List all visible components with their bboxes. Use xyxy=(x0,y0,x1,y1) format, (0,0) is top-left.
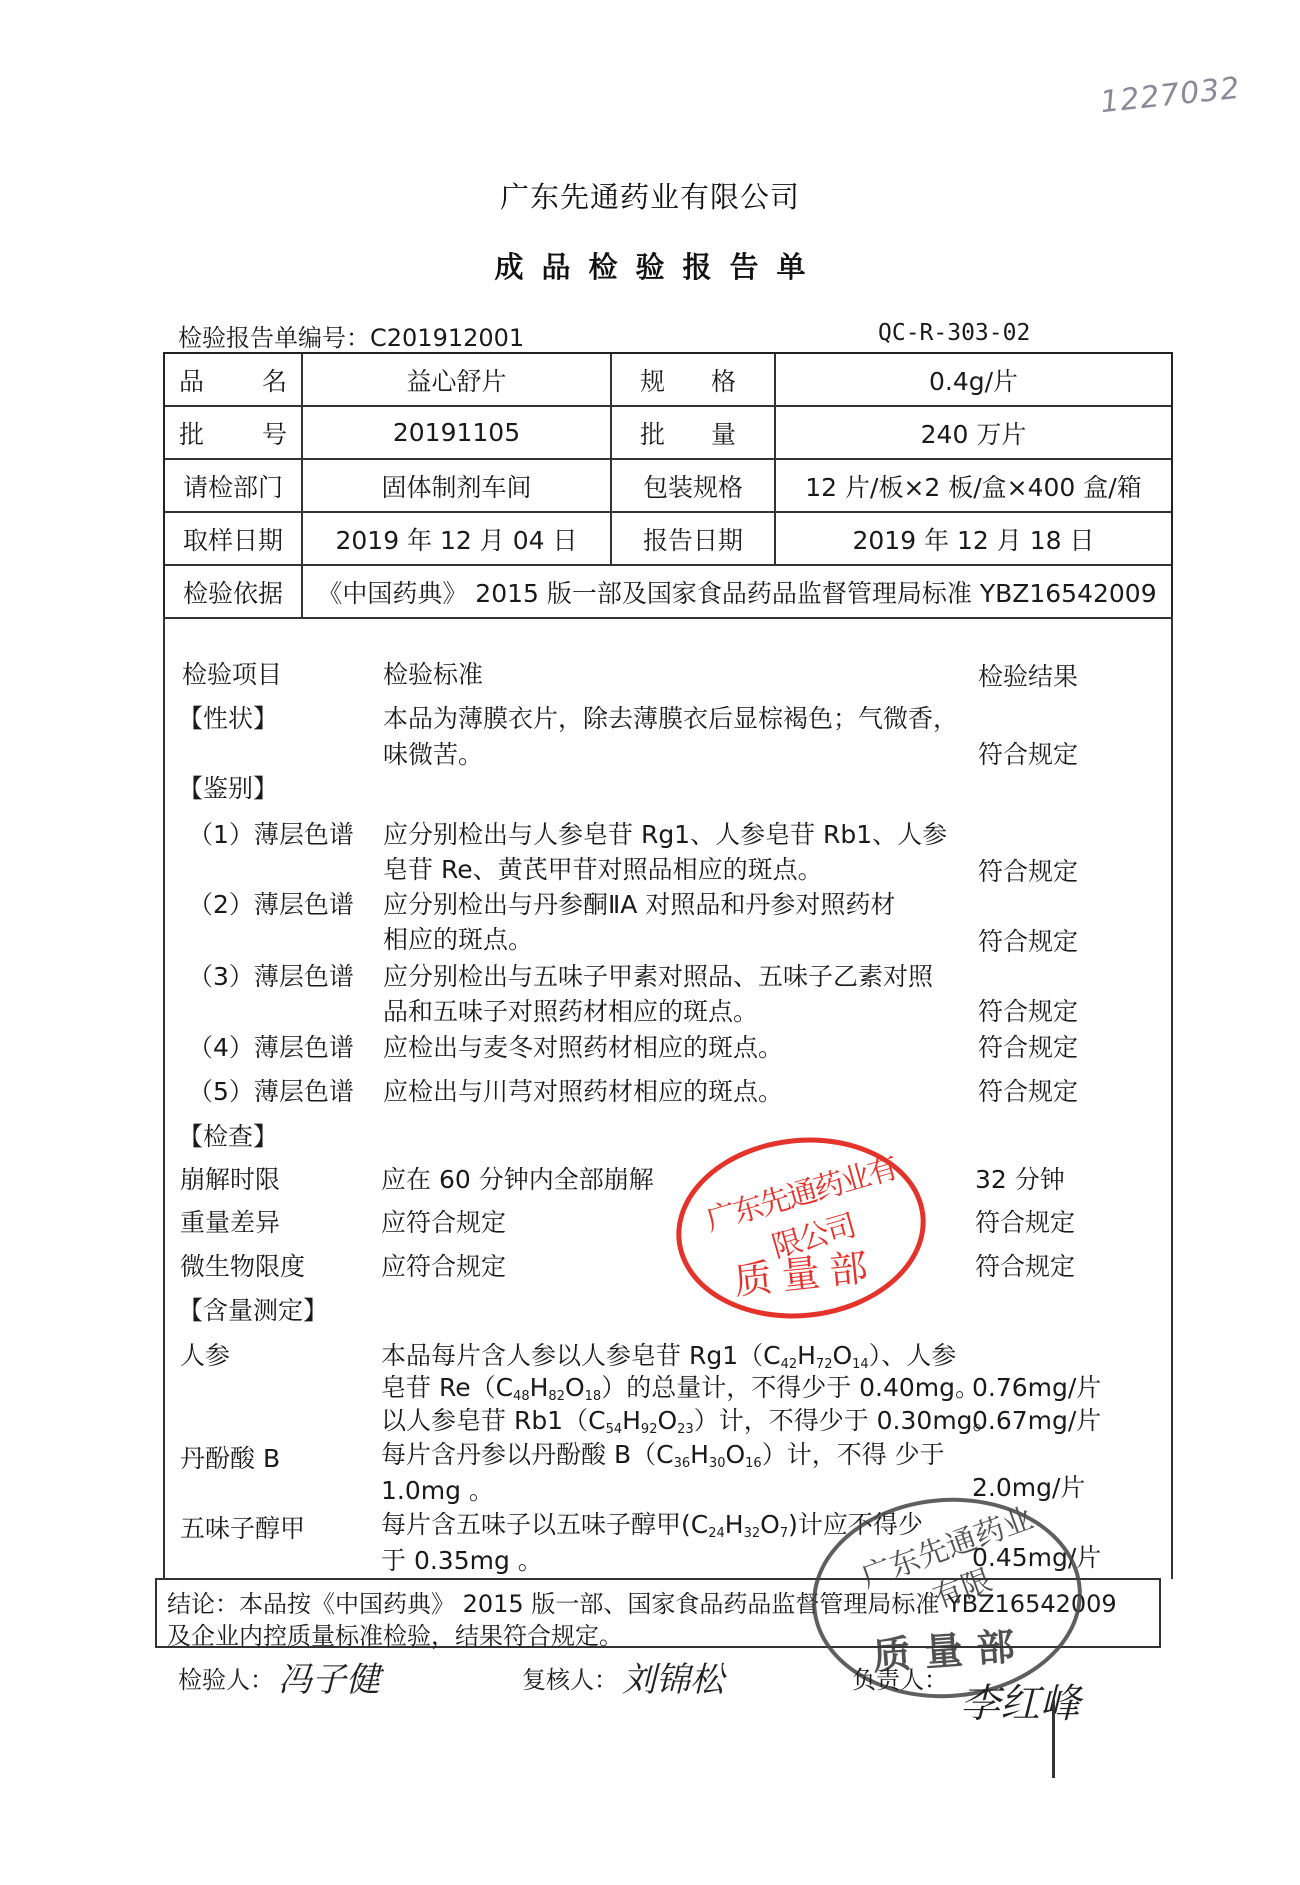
info-row-batch: 批号 20191105 批量 240 万片 xyxy=(165,407,1171,460)
supervisor-label: 负责人： xyxy=(852,1660,948,1695)
ident-4-standard: 应检出与麦冬对照药材相应的斑点。 xyxy=(383,1033,783,1063)
info-table: 品名 益心舒片 规格 0.4g/片 批号 20191105 批量 240 万片 … xyxy=(163,352,1173,619)
ident-5-name: （5）薄层色谱 xyxy=(188,1077,354,1107)
info-row-product: 品名 益心舒片 规格 0.4g/片 xyxy=(165,354,1171,407)
section-assay: 【含量测定】 xyxy=(178,1296,328,1326)
inspect-2-result: 符合规定 xyxy=(975,1208,1075,1238)
assay-schisandrin-standard-2: 于 0.35mg 。 xyxy=(381,1546,543,1576)
inspect-3-standard: 应符合规定 xyxy=(381,1252,506,1282)
basis-label: 检验依据 xyxy=(165,566,303,617)
assay-ginseng-result-1: 0.76mg/片 xyxy=(972,1373,1101,1403)
signature-stroke xyxy=(1052,1700,1055,1778)
inspect-3-name: 微生物限度 xyxy=(180,1252,305,1282)
assay-ginseng-name: 人参 xyxy=(180,1341,230,1371)
reviewer-label: 复核人： xyxy=(522,1660,618,1695)
batch-no-label: 批号 xyxy=(165,407,303,458)
inspect-1-result: 32 分钟 xyxy=(975,1165,1065,1195)
info-row-basis: 检验依据 《中国药典》 2015 版一部及国家食品药品监督管理局标准 YBZ16… xyxy=(165,566,1171,619)
assay-salvianolic-standard-2: 1.0mg 。 xyxy=(381,1476,494,1506)
dept-label: 请检部门 xyxy=(165,460,303,511)
assay-schisandrin-name: 五味子醇甲 xyxy=(180,1514,305,1544)
appearance-standard-2: 味微苦。 xyxy=(383,740,483,770)
inspect-3-result: 符合规定 xyxy=(975,1252,1075,1282)
assay-salvianolic-standard-1: 每片含丹参以丹酚酸 B（C36H30O16）计，不得 少于 xyxy=(381,1440,945,1479)
ident-1-standard-2: 皂苷 Re、黄芪甲苷对照品相应的斑点。 xyxy=(383,855,823,885)
supervisor-signature: 李红峰 xyxy=(960,1672,1080,1729)
report-number: 检验报告单编号：C201912001 xyxy=(178,318,524,353)
assay-salvianolic-name: 丹酚酸 B xyxy=(180,1444,280,1474)
ident-1-name: （1）薄层色谱 xyxy=(188,820,354,850)
spec-value: 0.4g/片 xyxy=(776,354,1171,405)
report-number-value: C201912001 xyxy=(370,324,524,352)
inspect-2-name: 重量差异 xyxy=(180,1208,280,1238)
report-number-label: 检验报告单编号： xyxy=(178,324,370,352)
ident-4-result: 符合规定 xyxy=(978,1033,1078,1063)
sample-date-value: 2019 年 12 月 04 日 xyxy=(303,513,612,564)
section-appearance: 【性状】 xyxy=(178,704,278,734)
ident-2-name: （2）薄层色谱 xyxy=(188,890,354,920)
batch-qty-value: 240 万片 xyxy=(776,407,1171,458)
reviewer-signature: 刘锦松 xyxy=(622,1652,724,1701)
ident-2-standard-2: 相应的斑点。 xyxy=(383,925,533,955)
inspector-label: 检验人： xyxy=(178,1660,274,1695)
ident-5-standard: 应检出与川芎对照药材相应的斑点。 xyxy=(383,1077,783,1107)
company-name: 广东先通药业有限公司 xyxy=(0,175,1300,216)
col-header-result: 检验结果 xyxy=(978,662,1078,692)
appearance-standard-1: 本品为薄膜衣片，除去薄膜衣后显棕褐色；气微香， xyxy=(383,704,958,734)
ident-3-name: （3）薄层色谱 xyxy=(188,962,354,992)
form-code: QC-R-303-02 xyxy=(878,320,1030,346)
ident-4-name: （4）薄层色谱 xyxy=(188,1033,354,1063)
ident-1-standard-1: 应分别检出与人参皂苷 Rg1、人参皂苷 Rb1、人参 xyxy=(383,820,947,850)
package-label: 包装规格 xyxy=(612,460,776,511)
package-value: 12 片/板×2 板/盒×400 盒/箱 xyxy=(776,460,1171,511)
report-date-label: 报告日期 xyxy=(612,513,776,564)
appearance-result: 符合规定 xyxy=(978,740,1078,770)
dept-value: 固体制剂车间 xyxy=(303,460,612,511)
ident-1-result: 符合规定 xyxy=(978,857,1078,887)
product-name-label: 品名 xyxy=(165,354,303,405)
product-name-value: 益心舒片 xyxy=(303,354,612,405)
spec-label: 规格 xyxy=(612,354,776,405)
basis-value: 《中国药典》 2015 版一部及国家食品药品监督管理局标准 YBZ1654200… xyxy=(303,566,1171,617)
report-date-value: 2019 年 12 月 18 日 xyxy=(776,513,1171,564)
batch-no-value: 20191105 xyxy=(303,407,612,458)
section-inspection: 【检查】 xyxy=(178,1122,278,1152)
document-title: 成品检验报告单 xyxy=(0,245,1300,286)
inspector-signature: 冯子健 xyxy=(278,1652,380,1701)
ident-3-result: 符合规定 xyxy=(978,997,1078,1027)
ident-2-result: 符合规定 xyxy=(978,927,1078,957)
inspect-1-standard: 应在 60 分钟内全部崩解 xyxy=(381,1165,654,1195)
col-header-item: 检验项目 xyxy=(182,660,282,690)
section-identification: 【鉴别】 xyxy=(178,774,278,804)
conclusion-line-2: 及企业内控质量标准检验，结果符合规定。 xyxy=(167,1616,623,1651)
handwritten-note: 1227032 xyxy=(1099,71,1242,121)
col-header-standard: 检验标准 xyxy=(383,660,483,690)
batch-qty-label: 批量 xyxy=(612,407,776,458)
info-row-dept: 请检部门 固体制剂车间 包装规格 12 片/板×2 板/盒×400 盒/箱 xyxy=(165,460,1171,513)
inspect-2-standard: 应符合规定 xyxy=(381,1208,506,1238)
sample-date-label: 取样日期 xyxy=(165,513,303,564)
ident-3-standard-2: 品和五味子对照药材相应的斑点。 xyxy=(383,997,758,1027)
assay-ginseng-result-2: 0.67mg/片 xyxy=(972,1406,1101,1436)
ident-2-standard-1: 应分别检出与丹参酮ⅡA 对照品和丹参对照药材 xyxy=(383,890,895,920)
ident-3-standard-1: 应分别检出与五味子甲素对照品、五味子乙素对照 xyxy=(383,962,933,992)
info-row-dates: 取样日期 2019 年 12 月 04 日 报告日期 2019 年 12 月 1… xyxy=(165,513,1171,566)
inspect-1-name: 崩解时限 xyxy=(180,1165,280,1195)
ident-5-result: 符合规定 xyxy=(978,1077,1078,1107)
